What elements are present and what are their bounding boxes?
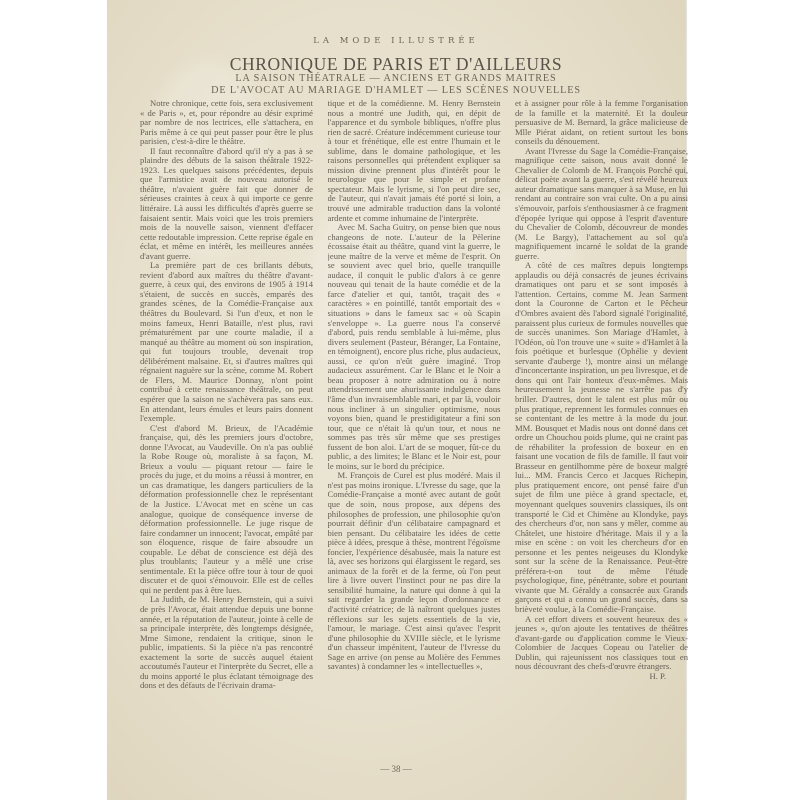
magazine-page: LA MODE ILLUSTRÉE CHRONIQUE DE PARIS ET …: [107, 0, 685, 800]
paragraph: La Judith, de M. Henry Bernstein, qui a …: [140, 595, 313, 690]
paragraph: La première part de ces brillants débuts…: [140, 261, 313, 423]
running-head: LA MODE ILLUSTRÉE: [107, 36, 685, 46]
paragraph: et à assigner pour rôle à la femme l'org…: [515, 99, 688, 147]
paragraph: Notre chronique, cette fois, sera exclus…: [140, 99, 313, 147]
article-subtitle-line1: LA SAISON THÉATRALE — ANCIENS ET GRANDS …: [107, 73, 685, 85]
article-title: CHRONIQUE DE PARIS ET D'AILLEURS: [107, 54, 685, 75]
paragraph: C'est d'abord M. Brieux, de l'Académie f…: [140, 424, 313, 596]
column-left: Notre chronique, cette fois, sera exclus…: [140, 99, 313, 739]
paragraph: A cet effort divers et souvent heureux d…: [515, 615, 688, 672]
page-number: — 38 —: [107, 764, 685, 774]
paragraph: M. François de Curel est plus modéré. Ma…: [328, 471, 501, 671]
article-columns: Notre chronique, cette fois, sera exclus…: [140, 99, 688, 739]
paragraph: Avant l'Ivresse du Sage la Comédie-Franç…: [515, 147, 688, 262]
paragraph: tique et de la comédienne. M. Henry Bern…: [328, 99, 501, 223]
paragraph: Avec M. Sacha Guitry, on pense bien que …: [328, 223, 501, 471]
paragraph: A côté de ces maîtres depuis longtemps a…: [515, 261, 688, 614]
column-right: et à assigner pour rôle à la femme l'org…: [515, 99, 688, 739]
author-signature: H. P.: [515, 672, 688, 682]
paragraph: Il faut reconnaître d'abord qu'il n'y a …: [140, 147, 313, 262]
article-subtitle-line2: DE L'AVOCAT AU MARIAGE D'HAMLET — LES SC…: [107, 85, 685, 97]
column-middle: tique et de la comédienne. M. Henry Bern…: [328, 99, 501, 739]
